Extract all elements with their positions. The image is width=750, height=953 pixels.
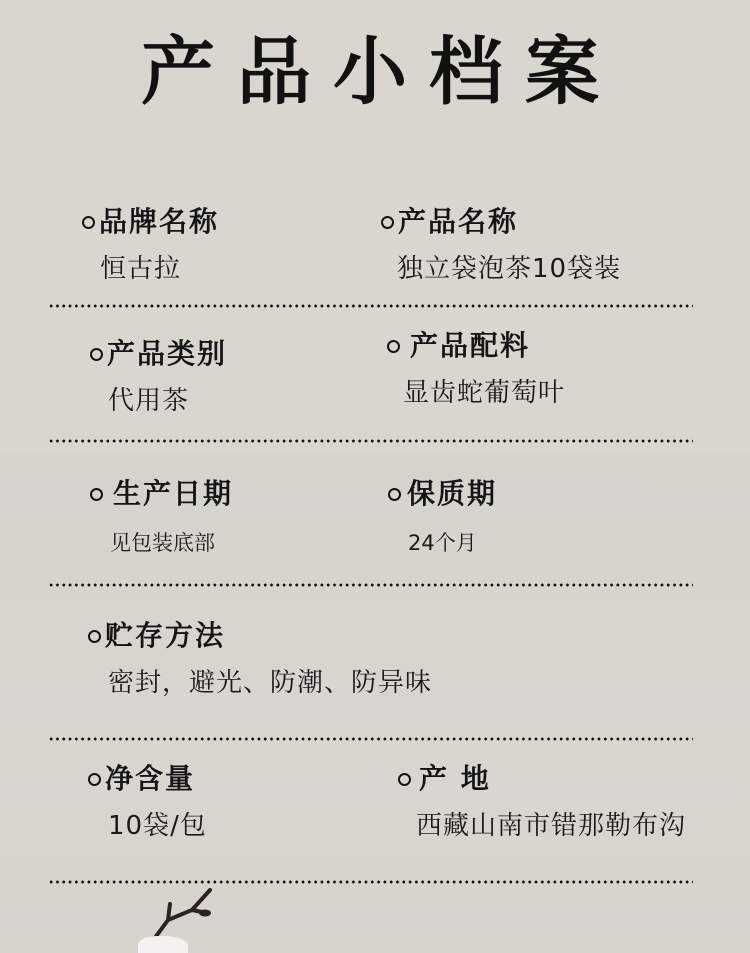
page-title: 产品小档案 [0, 22, 750, 122]
field-net-content: 净含量 10袋/包 [88, 761, 207, 843]
field-value: 恒古拉 [100, 252, 219, 286]
field-value: 代用茶 [108, 384, 227, 418]
bullet-icon [90, 348, 103, 361]
field-production-date: 生产日期 见包装底部 [90, 476, 233, 560]
field-label: 保质期 [407, 476, 497, 512]
field-value: 显齿蛇葡萄叶 [403, 376, 565, 410]
field-product-name: 产品名称 独立袋泡茶10袋装 [381, 204, 621, 286]
bullet-icon [388, 488, 401, 501]
field-label: 产品名称 [398, 204, 518, 240]
field-label: 净含量 [105, 761, 195, 797]
field-label: 贮存方法 [105, 618, 225, 654]
field-value: 西藏山南市错那勒布沟 [416, 809, 686, 843]
dotted-divider [48, 439, 693, 443]
field-value: 10袋/包 [108, 809, 207, 843]
field-origin: 产 地 西藏山南市错那勒布沟 [398, 761, 686, 843]
field-label: 产 地 [419, 761, 491, 797]
field-shelf-life: 保质期 24个月 [388, 476, 497, 560]
bullet-icon [88, 773, 101, 786]
field-ingredients: 产品配料 显齿蛇葡萄叶 [387, 328, 565, 410]
blossom-decoration [138, 936, 188, 953]
bullet-icon [90, 488, 103, 501]
field-value: 密封，避光、防潮、防异味 [108, 666, 432, 700]
field-category: 产品类别 代用茶 [90, 336, 227, 418]
bullet-icon [88, 630, 101, 643]
bullet-icon [387, 340, 400, 353]
bullet-icon [82, 216, 95, 229]
field-storage: 贮存方法 密封，避光、防潮、防异味 [88, 618, 432, 700]
field-label: 产品配料 [410, 328, 530, 364]
field-value: 独立袋泡茶10袋装 [397, 252, 621, 286]
dotted-divider [48, 583, 693, 587]
bullet-icon [381, 216, 394, 229]
field-label: 品牌名称 [99, 204, 219, 240]
field-brand: 品牌名称 恒古拉 [82, 204, 219, 286]
dotted-divider [48, 304, 693, 308]
field-value: 24个月 [408, 526, 497, 560]
field-label: 生产日期 [113, 476, 233, 512]
field-value: 见包装底部 [110, 526, 233, 560]
field-label: 产品类别 [107, 336, 227, 372]
dotted-divider [48, 737, 693, 741]
bullet-icon [398, 773, 411, 786]
